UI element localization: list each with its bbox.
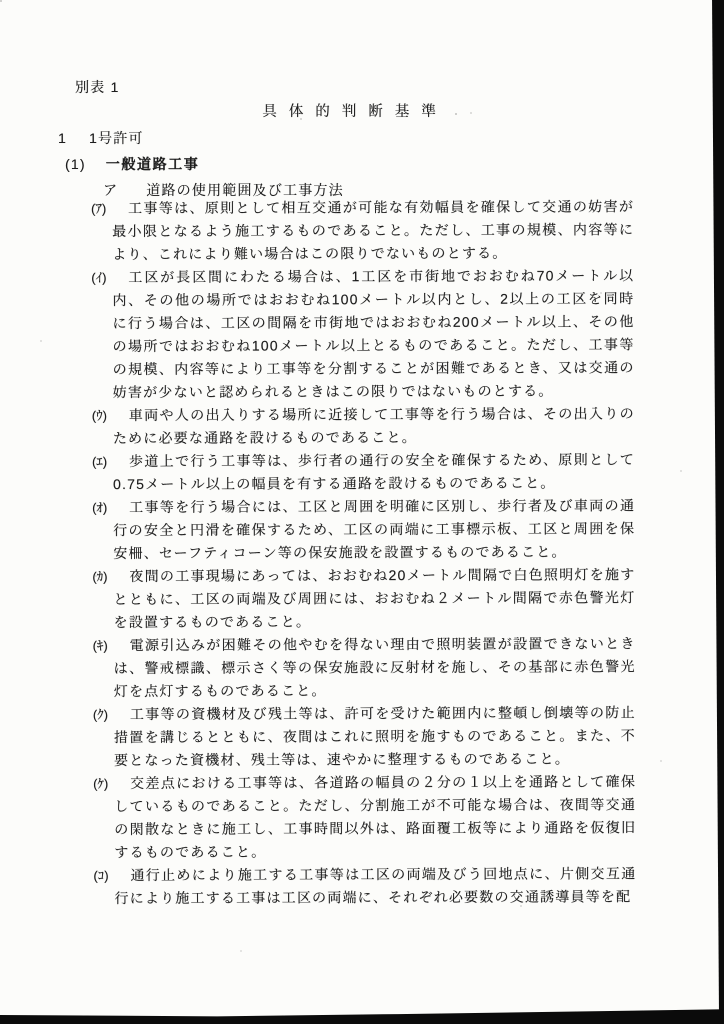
- subsection-label: 一般道路工事: [106, 156, 200, 172]
- criteria-item: (ｳ)車両や人の出入りする場所に近接して工事等を行う場合は、その出入りのために必…: [113, 402, 635, 450]
- item-marker: (ｲ): [91, 266, 106, 289]
- item-text: 歩道上で行う工事等は、歩行者の通行の安全を確保するため、原則として0.75メート…: [113, 451, 635, 492]
- item-text: 工区が長区間にわたる場合は、1工区を市街地でおおむね70メートル以内、その他の場…: [112, 267, 634, 400]
- criteria-item: (ｲ)工区が長区間にわたる場合は、1工区を市街地でおおむね70メートル以内、その…: [112, 264, 634, 404]
- item-marker: (ｷ): [93, 634, 108, 657]
- page-title: 具体的判断基準: [0, 100, 710, 121]
- scan-edge-artifact-right: [711, 0, 724, 1024]
- item-marker: (ｳ): [92, 404, 107, 427]
- criteria-item: (ｸ)工事等の資機材及び残土等は、許可を受けた範囲内に整頓し倒壊等の防止措置を講…: [114, 701, 636, 772]
- section-number: 1: [58, 130, 67, 146]
- criteria-item: (ｷ)電源引込みが困難その他やむを得ない理由で照明装置が設置できないときは、警戒…: [114, 632, 636, 703]
- item-text: 通行止めにより施工する工事等は工区の両端及びう回地点に、片側交互通行により施工す…: [114, 865, 636, 906]
- item-marker: (ｴ): [92, 450, 107, 473]
- section-heading: 11号許可: [58, 128, 144, 148]
- item-text: 工事等は、原則として相互交通が可能な有効幅員を確保して交通の妨害が最小限となるよ…: [112, 198, 634, 262]
- item-marker: (ｸ): [93, 703, 108, 726]
- criteria-item: (ｱ)工事等は、原則として相互交通が可能な有効幅員を確保して交通の妨害が最小限と…: [112, 195, 634, 266]
- item-text: 交差点における工事等は、各道路の幅員の２分の１以上を通路として確保しているもので…: [114, 773, 636, 860]
- item-marker: (ｹ): [93, 772, 108, 795]
- clause-marker: ア: [103, 182, 118, 198]
- item-marker: (ｶ): [92, 565, 107, 588]
- annex-label: 別表 1: [75, 77, 119, 97]
- item-marker: (ｵ): [92, 496, 107, 519]
- subsection-heading: (1)一般道路工事: [65, 154, 199, 174]
- criteria-item: (ｶ)夜間の工事現場にあっては、おおむね20メートル間隔で白色照明灯を施すととも…: [113, 563, 635, 634]
- item-text: 工事等の資機材及び残土等は、許可を受けた範囲内に整頓し倒壊等の防止措置を講じると…: [114, 704, 636, 768]
- item-text: 夜間の工事現場にあっては、おおむね20メートル間隔で白色照明灯を施すとともに、工…: [113, 566, 635, 630]
- criteria-item: (ｹ)交差点における工事等は、各道路の幅員の２分の１以上を通路として確保している…: [114, 770, 636, 864]
- criteria-list: (ｱ)工事等は、原則として相互交通が可能な有効幅員を確保して交通の妨害が最小限と…: [112, 195, 636, 910]
- subsection-number: (1): [65, 156, 86, 172]
- item-text: 車両や人の出入りする場所に近接して工事等を行う場合は、その出入りのために必要な通…: [113, 405, 635, 446]
- scan-noise: [0, 0, 2, 2]
- item-marker: (ｱ): [91, 197, 106, 220]
- item-text: 工事等を行う場合には、工区と周囲を明確に区別し、歩行者及び車両の通行の安全と円滑…: [113, 497, 635, 561]
- criteria-item: (ｵ)工事等を行う場合には、工区と周囲を明確に区別し、歩行者及び車両の通行の安全…: [113, 494, 635, 565]
- scanned-document-page: 別表 1 具体的判断基準 11号許可 (1)一般道路工事 ア道路の使用範囲及び工…: [0, 0, 724, 1024]
- section-label: 1号許可: [89, 130, 144, 146]
- scan-edge-artifact-bottom: [0, 1008, 724, 1024]
- criteria-item: (ｴ)歩道上で行う工事等は、歩行者の通行の安全を確保するため、原則として0.75…: [113, 448, 635, 496]
- criteria-item: (ｺ)通行止めにより施工する工事等は工区の両端及びう回地点に、片側交互通行により…: [114, 862, 636, 910]
- item-marker: (ｺ): [93, 864, 108, 887]
- item-text: 電源引込みが困難その他やむを得ない理由で照明装置が設置できないときは、警戒標識、…: [114, 635, 636, 699]
